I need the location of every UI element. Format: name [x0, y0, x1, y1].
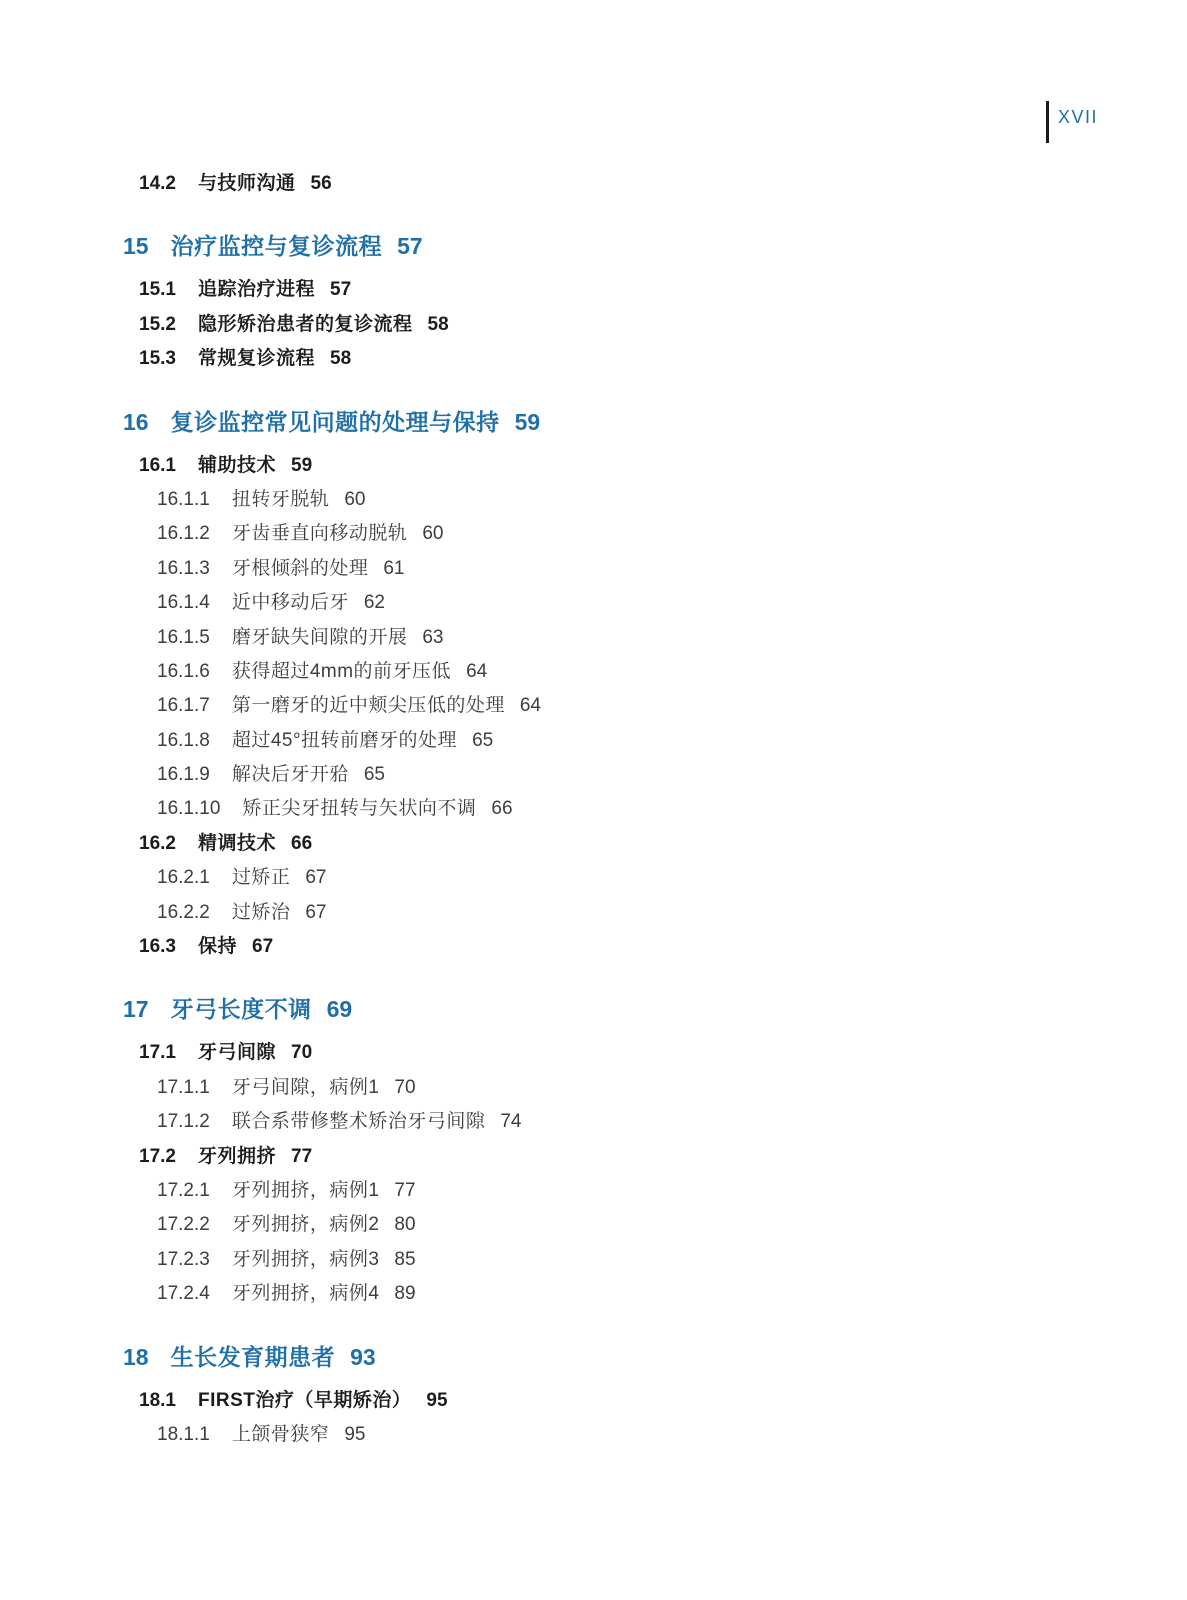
toc-entry: 18 生长发育期患者 93: [123, 1339, 1103, 1385]
toc-entry: 16.1.2 牙齿垂直向移动脱轨 60: [123, 518, 1103, 552]
toc-entry-number: 16.1.5: [157, 627, 210, 649]
toc-entry: 16 复诊监控常见问题的处理与保持 59: [123, 404, 1103, 450]
toc-entry-title: 牙弓长度不调: [171, 991, 312, 1024]
toc-entry-number: 16.2.1: [157, 867, 210, 889]
toc-entry-page: 64: [520, 695, 541, 717]
toc-entry-title: 牙列拥挤，病例4: [232, 1278, 380, 1305]
toc-entry-page: 58: [428, 314, 449, 336]
toc-entry-number: 14.2: [139, 173, 176, 195]
toc-entry-number: 16.1.7: [157, 695, 210, 717]
toc-entry-number: 15.1: [139, 279, 176, 301]
toc-entry-page: 62: [364, 592, 385, 614]
toc-entry-page: 63: [422, 627, 443, 649]
toc-entry-page: 60: [344, 489, 365, 511]
toc-entry-title: 解决后牙开𬌗: [232, 759, 349, 786]
toc-entry: 17.2 牙列拥挤 77: [123, 1141, 1103, 1175]
toc-entry: 15.2 隐形矫治患者的复诊流程 58: [123, 309, 1103, 343]
toc-entry-number: 17: [123, 996, 149, 1023]
toc-entry-page: 67: [252, 936, 273, 958]
toc-entry-title: 联合系带修整术矫治牙弓间隙: [232, 1106, 486, 1133]
toc-entry-number: 16.1.10: [157, 798, 220, 820]
toc-entry: 16.2.1 过矫正 67: [123, 862, 1103, 896]
toc-entry: 16.1.8 超过45°扭转前磨牙的处理 65: [123, 725, 1103, 759]
toc-entry-title: 牙弓间隙: [198, 1037, 276, 1064]
toc-entry-title: 治疗监控与复诊流程: [171, 228, 383, 261]
page-number: XVII: [1058, 107, 1098, 128]
toc-entry: 17.2.3 牙列拥挤，病例3 85: [123, 1244, 1103, 1278]
toc-entry-title: 辅助技术: [198, 450, 276, 477]
toc-entry-page: 67: [305, 867, 326, 889]
toc-entry-title: 第一磨牙的近中颊尖压低的处理: [232, 690, 505, 717]
toc-entry-title: 扭转牙脱轨: [232, 484, 330, 511]
toc-entry-page: 60: [422, 523, 443, 545]
toc-entry-title: 牙弓间隙，病例1: [232, 1072, 380, 1099]
toc-entry-page: 66: [491, 798, 512, 820]
toc-entry-title: 与技师沟通: [198, 168, 296, 195]
toc-entry-number: 18: [123, 1344, 149, 1371]
toc-entry-page: 66: [291, 833, 312, 855]
page-number-divider: [1046, 101, 1049, 143]
toc-entry: 16.1.3 牙根倾斜的处理 61: [123, 553, 1103, 587]
toc-entry-number: 17.2.1: [157, 1180, 210, 1202]
toc-entry-title: 过矫正: [232, 862, 291, 889]
toc-entry-title: 生长发育期患者: [171, 1339, 336, 1372]
toc-entry-title: 牙齿垂直向移动脱轨: [232, 518, 408, 545]
toc-entry-number: 15.2: [139, 314, 176, 336]
toc-entry: 16.2.2 过矫治 67: [123, 897, 1103, 931]
toc-entry-title: 过矫治: [232, 897, 291, 924]
toc-entry: 16.1.5 磨牙缺失间隙的开展 63: [123, 622, 1103, 656]
toc-entry-title: 矫正尖牙扭转与矢状向不调: [242, 793, 476, 820]
toc-entry: 16.1.7 第一磨牙的近中颊尖压低的处理 64: [123, 690, 1103, 724]
toc-entry-title: 牙列拥挤，病例3: [232, 1244, 380, 1271]
toc-entry-title: 保持: [198, 931, 237, 958]
toc-entry-number: 16.3: [139, 936, 176, 958]
toc-entry: 15.3 常规复诊流程 58: [123, 343, 1103, 377]
toc-entry-number: 17.1: [139, 1042, 176, 1064]
toc-entry-number: 16.1: [139, 455, 176, 477]
toc-entry-page: 70: [291, 1042, 312, 1064]
toc-entry-number: 16.1.8: [157, 730, 210, 752]
toc-entry-number: 16.2.2: [157, 902, 210, 924]
toc-entry-title: 超过45°扭转前磨牙的处理: [232, 725, 457, 752]
toc-entry: 14.2 与技师沟通 56: [123, 168, 1103, 202]
toc-entry: 16.1.10 矫正尖牙扭转与矢状向不调 66: [123, 793, 1103, 827]
toc-entry-number: 16.1.2: [157, 523, 210, 545]
toc-entry-page: 69: [327, 996, 353, 1023]
toc-entry-number: 15.3: [139, 348, 176, 370]
toc-entry-number: 17.1.1: [157, 1077, 210, 1099]
toc-entry-page: 59: [291, 455, 312, 477]
toc-entry: 17.1.2 联合系带修整术矫治牙弓间隙 74: [123, 1106, 1103, 1140]
toc-entry: 16.1.4 近中移动后牙 62: [123, 587, 1103, 621]
toc-entry-page: 93: [350, 1344, 376, 1371]
toc-entry-number: 17.2.2: [157, 1214, 210, 1236]
toc-entry-page: 61: [383, 558, 404, 580]
toc-entry-title: 上颌骨狭窄: [232, 1419, 330, 1446]
page-header: XVII: [1046, 101, 1098, 143]
toc-entry-title: 牙列拥挤，病例2: [232, 1209, 380, 1236]
toc-entry-title: 追踪治疗进程: [198, 274, 315, 301]
toc-entry-number: 16: [123, 409, 149, 436]
toc-entry-number: 17.2.3: [157, 1249, 210, 1271]
toc-entry-page: 95: [344, 1424, 365, 1446]
toc-entry-page: 67: [305, 902, 326, 924]
toc-entry-title: 牙列拥挤: [198, 1141, 276, 1168]
toc-entry-page: 65: [364, 764, 385, 786]
toc-entry: 18.1 FIRST治疗（早期矫治） 95: [123, 1385, 1103, 1419]
toc-entry: 16.1.9 解决后牙开𬌗 65: [123, 759, 1103, 793]
toc-entry: 16.1.6 获得超过4mm的前牙压低 64: [123, 656, 1103, 690]
toc-entry-page: 58: [330, 348, 351, 370]
toc-entry-page: 95: [426, 1390, 447, 1412]
toc-entry-page: 89: [394, 1283, 415, 1305]
toc-entry-title: 常规复诊流程: [198, 343, 315, 370]
toc-entry-page: 59: [515, 409, 541, 436]
toc-entry: 16.1 辅助技术 59: [123, 450, 1103, 484]
toc-entry: 16.2 精调技术 66: [123, 828, 1103, 862]
toc-entry-page: 77: [394, 1180, 415, 1202]
toc-entry-number: 16.1.3: [157, 558, 210, 580]
toc-entry-number: 18.1: [139, 1390, 176, 1412]
toc-entry-number: 16.1.6: [157, 661, 210, 683]
toc-entry-page: 74: [500, 1111, 521, 1133]
toc-entry-page: 64: [466, 661, 487, 683]
toc-entry-title: FIRST治疗（早期矫治）: [198, 1385, 411, 1412]
toc-entry: 15 治疗监控与复诊流程 57: [123, 228, 1103, 274]
toc-entry-number: 17.2: [139, 1146, 176, 1168]
toc-entry-page: 57: [397, 233, 423, 260]
toc-entry-title: 获得超过4mm的前牙压低: [232, 656, 451, 683]
toc-entry-number: 16.1.4: [157, 592, 210, 614]
toc-entry-title: 隐形矫治患者的复诊流程: [198, 309, 413, 336]
toc-entry: 18.1.1 上颌骨狭窄 95: [123, 1419, 1103, 1453]
toc-entry-page: 80: [394, 1214, 415, 1236]
toc-entry-number: 16.1.9: [157, 764, 210, 786]
toc-entry: 17 牙弓长度不调 69: [123, 991, 1103, 1037]
toc-entry: 17.2.4 牙列拥挤，病例4 89: [123, 1278, 1103, 1312]
toc-entry: 16.1.1 扭转牙脱轨 60: [123, 484, 1103, 518]
toc-entry-title: 精调技术: [198, 828, 276, 855]
toc-entry-page: 56: [311, 173, 332, 195]
toc-entry-page: 85: [394, 1249, 415, 1271]
toc-entry-number: 16.1.1: [157, 489, 210, 511]
toc-entry: 16.3 保持 67: [123, 931, 1103, 965]
toc-entry-title: 磨牙缺失间隙的开展: [232, 622, 408, 649]
toc-entry-page: 65: [472, 730, 493, 752]
toc-entry-number: 17.2.4: [157, 1283, 210, 1305]
toc-entry-number: 16.2: [139, 833, 176, 855]
toc-entry-number: 15: [123, 233, 149, 260]
toc-entry: 17.1 牙弓间隙 70: [123, 1037, 1103, 1071]
toc-entry: 17.2.1 牙列拥挤，病例1 77: [123, 1175, 1103, 1209]
toc-entry: 17.1.1 牙弓间隙，病例1 70: [123, 1072, 1103, 1106]
toc-list: 14.2 与技师沟通 56 15 治疗监控与复诊流程 57 15.1 追踪治疗进…: [123, 168, 1103, 1453]
toc-entry-title: 复诊监控常见问题的处理与保持: [171, 404, 500, 437]
toc-entry: 17.2.2 牙列拥挤，病例2 80: [123, 1209, 1103, 1243]
toc-entry-page: 57: [330, 279, 351, 301]
toc-entry-title: 牙列拥挤，病例1: [232, 1175, 380, 1202]
toc-entry-page: 77: [291, 1146, 312, 1168]
toc-entry-page: 70: [394, 1077, 415, 1099]
toc-entry-number: 17.1.2: [157, 1111, 210, 1133]
toc-entry: 15.1 追踪治疗进程 57: [123, 274, 1103, 308]
toc-entry-title: 牙根倾斜的处理: [232, 553, 369, 580]
toc-entry-title: 近中移动后牙: [232, 587, 349, 614]
toc-entry-number: 18.1.1: [157, 1424, 210, 1446]
